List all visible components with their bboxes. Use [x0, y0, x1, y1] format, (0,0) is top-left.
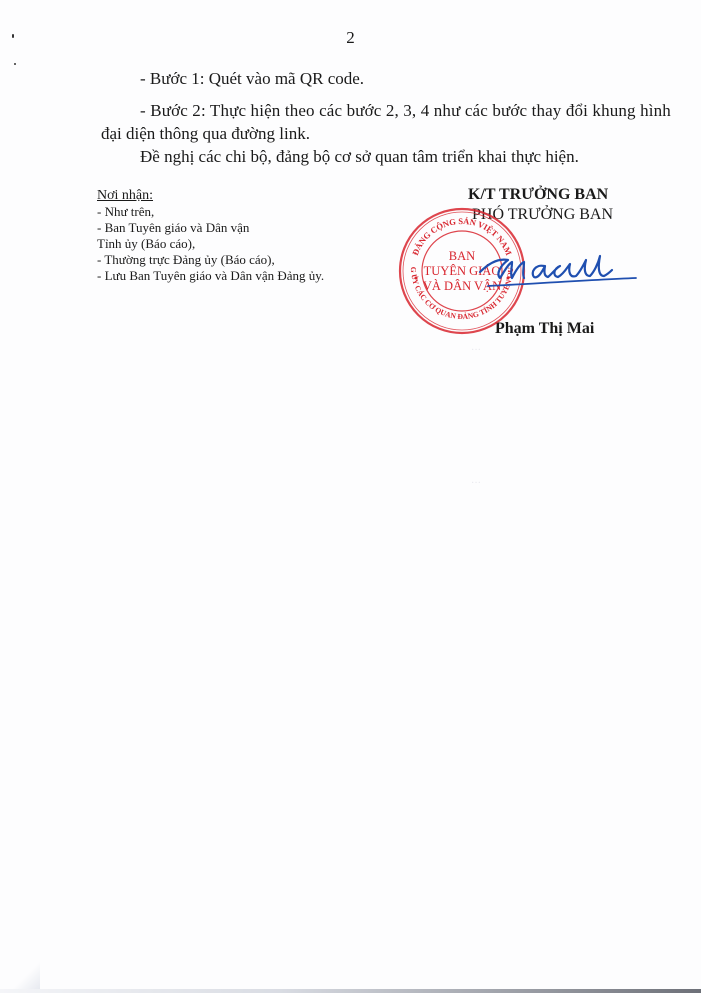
page-number: 2 [0, 28, 701, 48]
handwritten-signature-icon [478, 246, 638, 296]
scan-speck [14, 63, 16, 65]
recipients-title: Nơi nhận: [97, 188, 324, 204]
bleed-through-mark: ··· [471, 478, 481, 489]
step-1-text: - Bước 1: Quét vào mã QR code. [140, 68, 364, 90]
bleed-through-mark: ··· [471, 345, 481, 356]
recipient-item: - Ban Tuyên giáo và Dân vận [97, 220, 324, 236]
recipient-item: - Như trên, [97, 204, 324, 220]
recipient-item: - Thường trực Đảng ủy (Báo cáo), [97, 252, 324, 268]
step-2-text-line-2: đại diện thông qua đường link. [101, 123, 310, 145]
recipient-item: Tỉnh ủy (Báo cáo), [97, 236, 324, 252]
scan-edge-border [0, 989, 701, 993]
seal-line: BAN [449, 249, 475, 264]
recipients-list: Nơi nhận: - Như trên, - Ban Tuyên giáo v… [97, 188, 324, 284]
document-page: 2 - Bước 1: Quét vào mã QR code. - Bước … [0, 0, 701, 993]
scan-edge-shadow [0, 953, 40, 993]
closing-request-text: Đề nghị các chi bộ, đảng bộ cơ sở quan t… [140, 146, 579, 168]
recipient-item: - Lưu Ban Tuyên giáo và Dân vận Đảng ủy. [97, 268, 324, 284]
signer-title-primary: K/T TRƯỞNG BAN [468, 186, 608, 204]
step-2-text-line-1: - Bước 2: Thực hiện theo các bước 2, 3, … [140, 100, 671, 122]
